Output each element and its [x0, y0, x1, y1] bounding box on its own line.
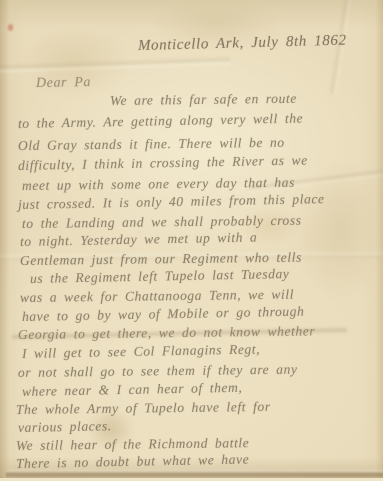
- letter-salutation: Dear Pa: [36, 75, 91, 92]
- handwritten-line: or not shall go to see them if they are …: [18, 362, 298, 381]
- handwritten-line: Georgia to get there, we do not know whe…: [18, 323, 315, 343]
- letter-dateline: Monticello Ark, July 8th 1862: [138, 33, 347, 55]
- letter-page: Monticello Ark, July 8th 1862 Dear Pa We…: [0, 0, 383, 481]
- handwritten-line: just crossed. It is only 40 miles from t…: [18, 191, 325, 213]
- handwritten-line: I will get to see Col Flanagins Regt,: [22, 341, 260, 362]
- handwritten-line: where near & I can hear of them,: [22, 380, 243, 400]
- paper-edge-shadow: [6, 470, 383, 478]
- handwritten-line: We are this far safe en route: [110, 91, 297, 109]
- red-mark: [8, 24, 13, 31]
- crease-mark: [0, 56, 230, 74]
- handwritten-line: to the Landing and we shall probably cro…: [22, 213, 302, 232]
- handwritten-line: Old Gray stands it fine. There will be n…: [18, 135, 285, 154]
- handwritten-line: meet up with some one every day that has: [22, 175, 295, 194]
- handwritten-line: to the Army. Are getting along very well…: [18, 111, 303, 132]
- handwritten-line: us the Regiment left Tupelo last Tuesday: [30, 266, 290, 287]
- handwritten-line: There is no doubt but what we have: [16, 452, 250, 472]
- handwritten-line: have to go by way of Mobile or go throug…: [22, 304, 305, 325]
- handwritten-line: to night. Yesterday we met up with a: [20, 229, 258, 250]
- handwritten-line: various places.: [18, 418, 112, 436]
- handwritten-line: The whole Army of Tupelo have left for: [16, 399, 271, 418]
- handwritten-line: was a week for Chattanooga Tenn, we will: [20, 287, 294, 306]
- handwritten-line: difficulty, I think in crossing the Rive…: [18, 152, 308, 174]
- age-stain: [296, 160, 383, 300]
